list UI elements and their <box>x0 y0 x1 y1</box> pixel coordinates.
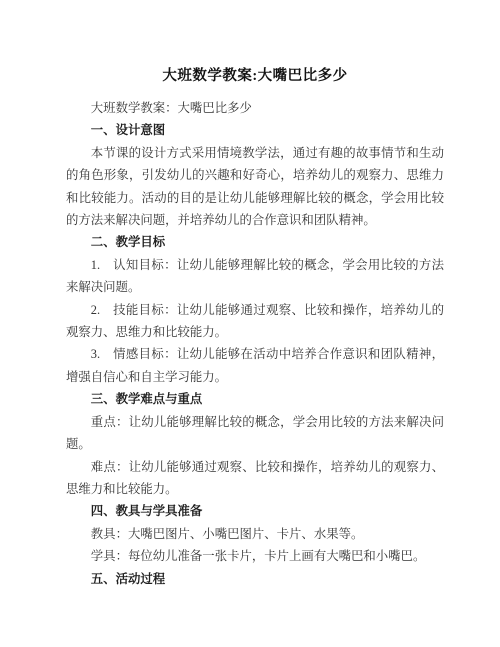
section-heading: 四、教具与学具准备 <box>66 500 444 522</box>
paragraph: 3. 情感目标：让幼儿能够在活动中培养合作意识和团队精神，增强自信心和自主学习能… <box>66 343 444 388</box>
document-body: 大班数学教案：大嘴巴比多少一、设计意图本节课的设计方式采用情境教学法，通过有趣的… <box>66 97 444 590</box>
document-title: 大班数学教案:大嘴巴比多少 <box>66 65 444 87</box>
paragraph: 难点：让幼儿能够通过观察、比较和操作，培养幼儿的观察力、思维力和比较能力。 <box>66 456 444 501</box>
section-heading: 二、教学目标 <box>66 231 444 253</box>
paragraph: 大班数学教案：大嘴巴比多少 <box>66 97 444 119</box>
paragraph: 重点：让幼儿能够理解比较的概念，学会用比较的方法来解决问题。 <box>66 411 444 456</box>
section-heading: 五、活动过程 <box>66 568 444 590</box>
document-page: 大班数学教案:大嘴巴比多少 大班数学教案：大嘴巴比多少一、设计意图本节课的设计方… <box>0 0 500 647</box>
paragraph: 2. 技能目标：让幼儿能够通过观察、比较和操作，培养幼儿的观察力、思维力和比较能… <box>66 299 444 344</box>
paragraph: 学具：每位幼儿准备一张卡片，卡片上画有大嘴巴和小嘴巴。 <box>66 545 444 567</box>
section-heading: 一、设计意图 <box>66 119 444 141</box>
paragraph: 教具：大嘴巴图片、小嘴巴图片、卡片、水果等。 <box>66 523 444 545</box>
paragraph: 本节课的设计方式采用情境教学法，通过有趣的故事情节和生动的角色形象，引发幼儿的兴… <box>66 142 444 232</box>
paragraph: 1. 认知目标：让幼儿能够理解比较的概念，学会用比较的方法来解决问题。 <box>66 254 444 299</box>
section-heading: 三、教学难点与重点 <box>66 388 444 410</box>
